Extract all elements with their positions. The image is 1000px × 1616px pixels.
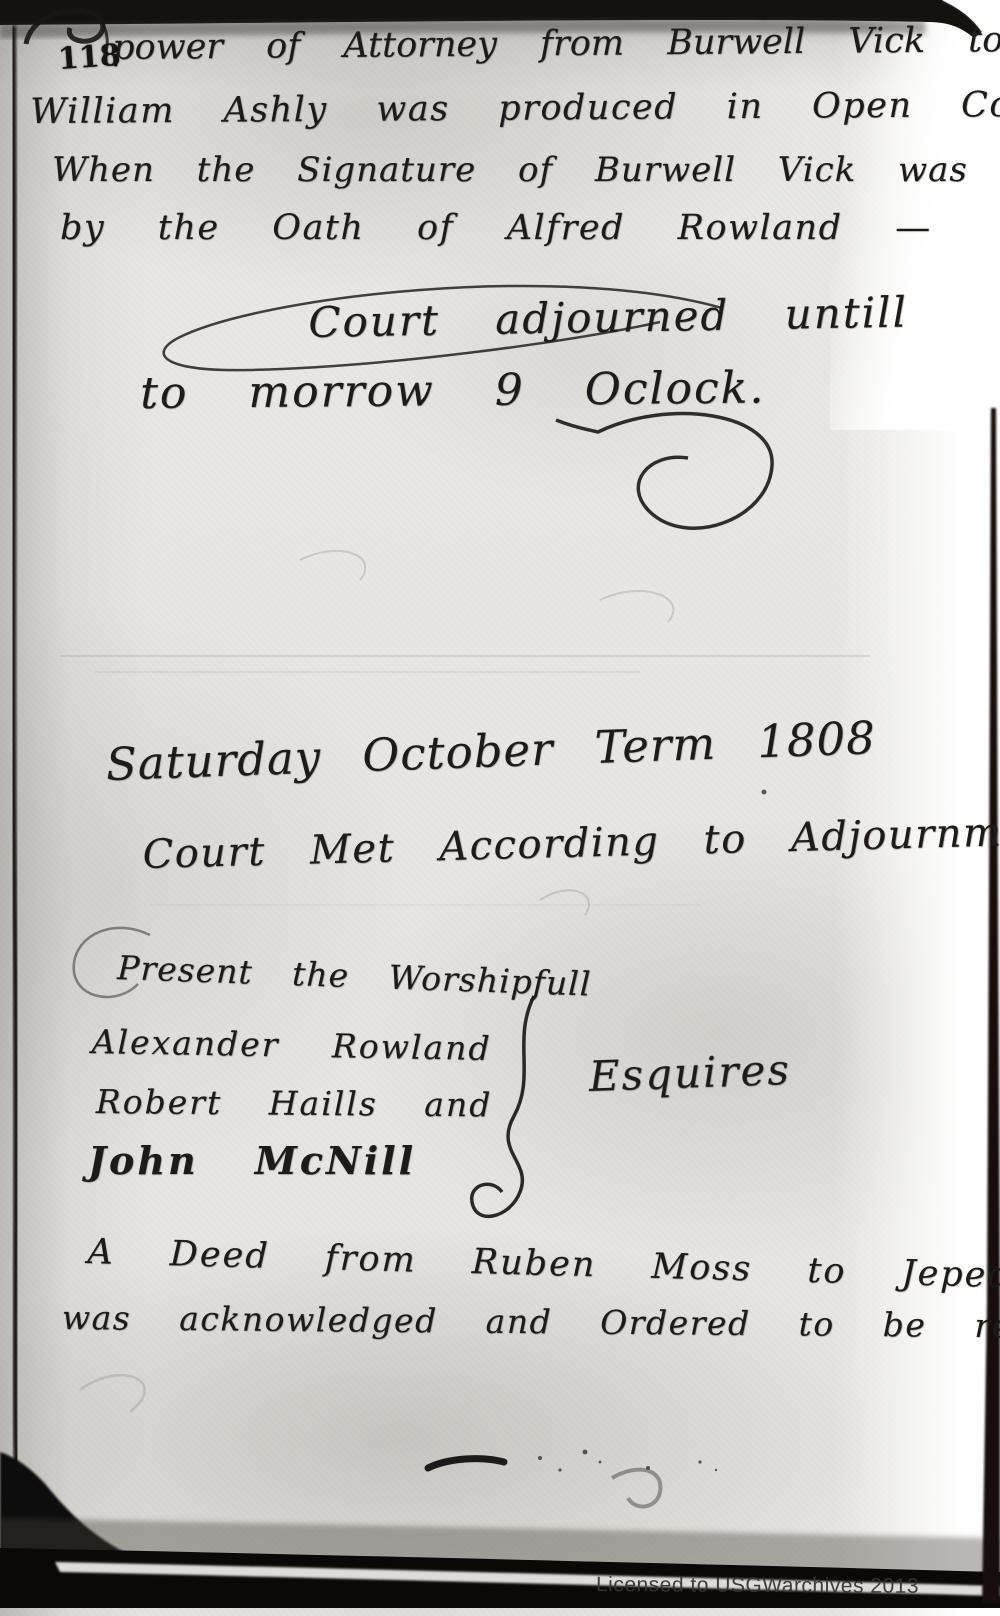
manuscript-line-5: Court adjourned untill (308, 288, 908, 347)
manuscript-line-6: to morrow 9 Oclock. (140, 363, 766, 419)
page-number: 118 (57, 38, 122, 77)
manuscript-esquires: Esquires (588, 1045, 792, 1101)
manuscript-line-2: William Ashly was produced in Open Court (30, 85, 1000, 132)
ink-smudges (538, 790, 767, 1472)
manuscript-line-4: by the Oath of Alfred Rowland — (60, 208, 932, 248)
scanned-manuscript-page: power of Attorney from Burwell Vick to W… (0, 0, 1000, 1616)
ink-flourish-oclock (556, 414, 772, 529)
ink-dash-mark (428, 1459, 504, 1468)
manuscript-line-11: Robert Haills and (96, 1082, 493, 1124)
manuscript-line-10: Alexander Rowland (91, 1022, 492, 1068)
license-watermark: Licensed to USGWarchives 2013 (596, 1573, 919, 1599)
scan-right-border (982, 408, 1000, 1604)
manuscript-line-1: power of Attorney from Burwell Vick to (112, 20, 1000, 68)
manuscript-line-3: When the Signature of Burwell Vick was p… (52, 150, 1000, 190)
manuscript-line-12: John McNill (88, 1138, 416, 1183)
ink-faint-loop (612, 1470, 660, 1507)
